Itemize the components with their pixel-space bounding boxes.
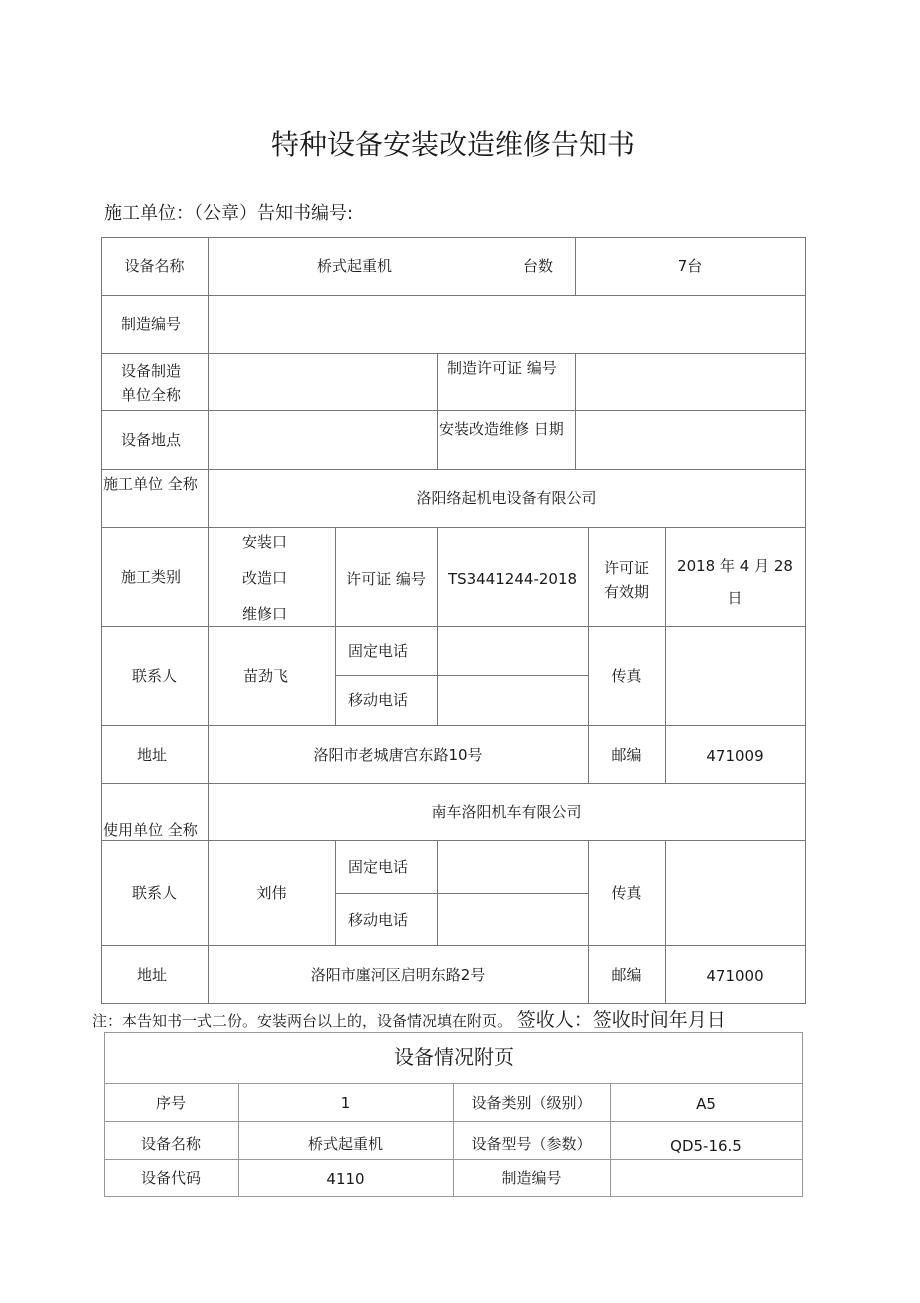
license-valid-line1: 2018 年 4 月 28	[677, 557, 793, 575]
grid-line	[101, 237, 806, 238]
grid-line	[101, 527, 806, 528]
quantity-label: 台数	[523, 257, 553, 275]
grid-line	[101, 295, 806, 296]
grid-line	[335, 527, 336, 725]
manufacture-no-label: 制造编号	[101, 315, 201, 333]
contractor-mobile-label: 移动电话	[348, 691, 408, 709]
user-address-value: 洛阳市廛河区启明东路2号	[208, 966, 588, 984]
user-unit-label: 使用单位 全称	[103, 821, 198, 839]
user-contact-name: 刘伟	[208, 884, 335, 902]
manufacturer-label-line2: 单位全称	[121, 386, 181, 404]
user-fax-label: 传真	[588, 884, 665, 902]
work-type-modify[interactable]: 改造口	[242, 569, 287, 587]
license-valid-label-line2: 有效期	[604, 583, 649, 601]
contractor-value: 洛阳络起机电设备有限公司	[208, 489, 805, 507]
license-no-label: 许可证 编号	[335, 570, 437, 588]
grid-line	[335, 675, 588, 676]
equipment-name-value: 桥式起重机	[317, 257, 392, 275]
equipment-name-label: 设备名称	[101, 257, 208, 275]
contractor-contact-name: 苗劲飞	[208, 667, 323, 685]
user-postcode-label: 邮编	[588, 966, 665, 984]
contractor-postcode-label: 邮编	[588, 746, 665, 764]
work-type-install[interactable]: 安装口	[242, 533, 287, 551]
license-no-value: TS3441244-2018	[437, 570, 588, 588]
work-date-label: 安装改造维修 日期	[439, 420, 564, 438]
user-address-label: 地址	[101, 966, 203, 984]
contractor-address-value: 洛阳市老城唐宫东路10号	[208, 746, 588, 764]
document-subtitle: 施工单位：（公章）告知书编号:	[104, 203, 353, 225]
appendix-row-value: QD5-16.5	[610, 1137, 802, 1155]
contractor-fax-label: 传真	[588, 667, 665, 685]
appendix-row-label: 设备类别（级别）	[453, 1094, 610, 1112]
contractor-landline-label: 固定电话	[348, 642, 408, 660]
grid-line	[575, 353, 576, 469]
mfg-license-label: 制造许可证 编号	[447, 359, 557, 377]
appendix-title: 设备情况附页	[104, 1044, 804, 1070]
contractor-postcode-value: 471009	[665, 747, 805, 765]
manufacturer-label-line1: 设备制造	[121, 362, 181, 380]
user-mobile-label: 移动电话	[348, 911, 408, 929]
appendix-row-value: 桥式起重机	[238, 1135, 453, 1153]
quantity-value: 7台	[575, 257, 805, 275]
grid-line	[101, 353, 806, 354]
work-type-repair[interactable]: 维修口	[242, 605, 287, 623]
grid-line	[101, 1003, 806, 1004]
location-label: 设备地点	[101, 431, 201, 449]
grid-line	[104, 1032, 803, 1033]
license-valid-label: 许可证 有效期	[588, 556, 665, 604]
grid-line	[101, 783, 806, 784]
work-type-label: 施工类别	[101, 568, 201, 586]
document-title: 特种设备安装改造维修告知书	[0, 128, 906, 162]
license-valid-value: 2018 年 4 月 28 日	[665, 550, 805, 614]
appendix-row-value: A5	[610, 1095, 802, 1113]
grid-line	[437, 840, 438, 945]
appendix-row-label: 序号	[104, 1094, 238, 1112]
contractor-contact-label: 联系人	[101, 667, 208, 685]
grid-line	[437, 353, 438, 469]
user-postcode-value: 471000	[665, 967, 805, 985]
appendix-row-label: 设备型号（参数）	[453, 1135, 610, 1153]
grid-line	[101, 945, 806, 946]
license-valid-label-line1: 许可证	[604, 559, 649, 577]
grid-line	[335, 893, 588, 894]
footnote: 注：本告知书一式二份。安装两台以上的，设备情况填在附页。 签收人：签收时间年月日	[92, 1009, 726, 1032]
appendix-row-label: 制造编号	[453, 1169, 610, 1187]
grid-line	[101, 626, 806, 627]
appendix-row-value: 1	[238, 1094, 453, 1112]
appendix-row-value: 4110	[238, 1170, 453, 1188]
footnote-text: 注：本告知书一式二份。安装两台以上的，设备情况填在附页。	[92, 1012, 512, 1030]
grid-line	[101, 469, 806, 470]
user-unit-value: 南车洛阳机车有限公司	[208, 803, 805, 821]
appendix-row-label: 设备代码	[104, 1169, 238, 1187]
contractor-label: 施工单位 全称	[103, 475, 198, 493]
appendix-row-label: 设备名称	[104, 1135, 238, 1153]
signature-line: 签收人：签收时间年月日	[517, 1009, 726, 1031]
grid-line	[101, 840, 806, 841]
contractor-address-label: 地址	[101, 746, 203, 764]
user-landline-label: 固定电话	[348, 858, 408, 876]
grid-line	[101, 410, 806, 411]
grid-line	[335, 840, 336, 945]
license-valid-line2: 日	[727, 589, 742, 607]
user-contact-label: 联系人	[101, 884, 208, 902]
grid-line	[101, 725, 806, 726]
grid-line	[437, 527, 438, 725]
manufacturer-label: 设备制造 单位全称	[101, 359, 201, 407]
